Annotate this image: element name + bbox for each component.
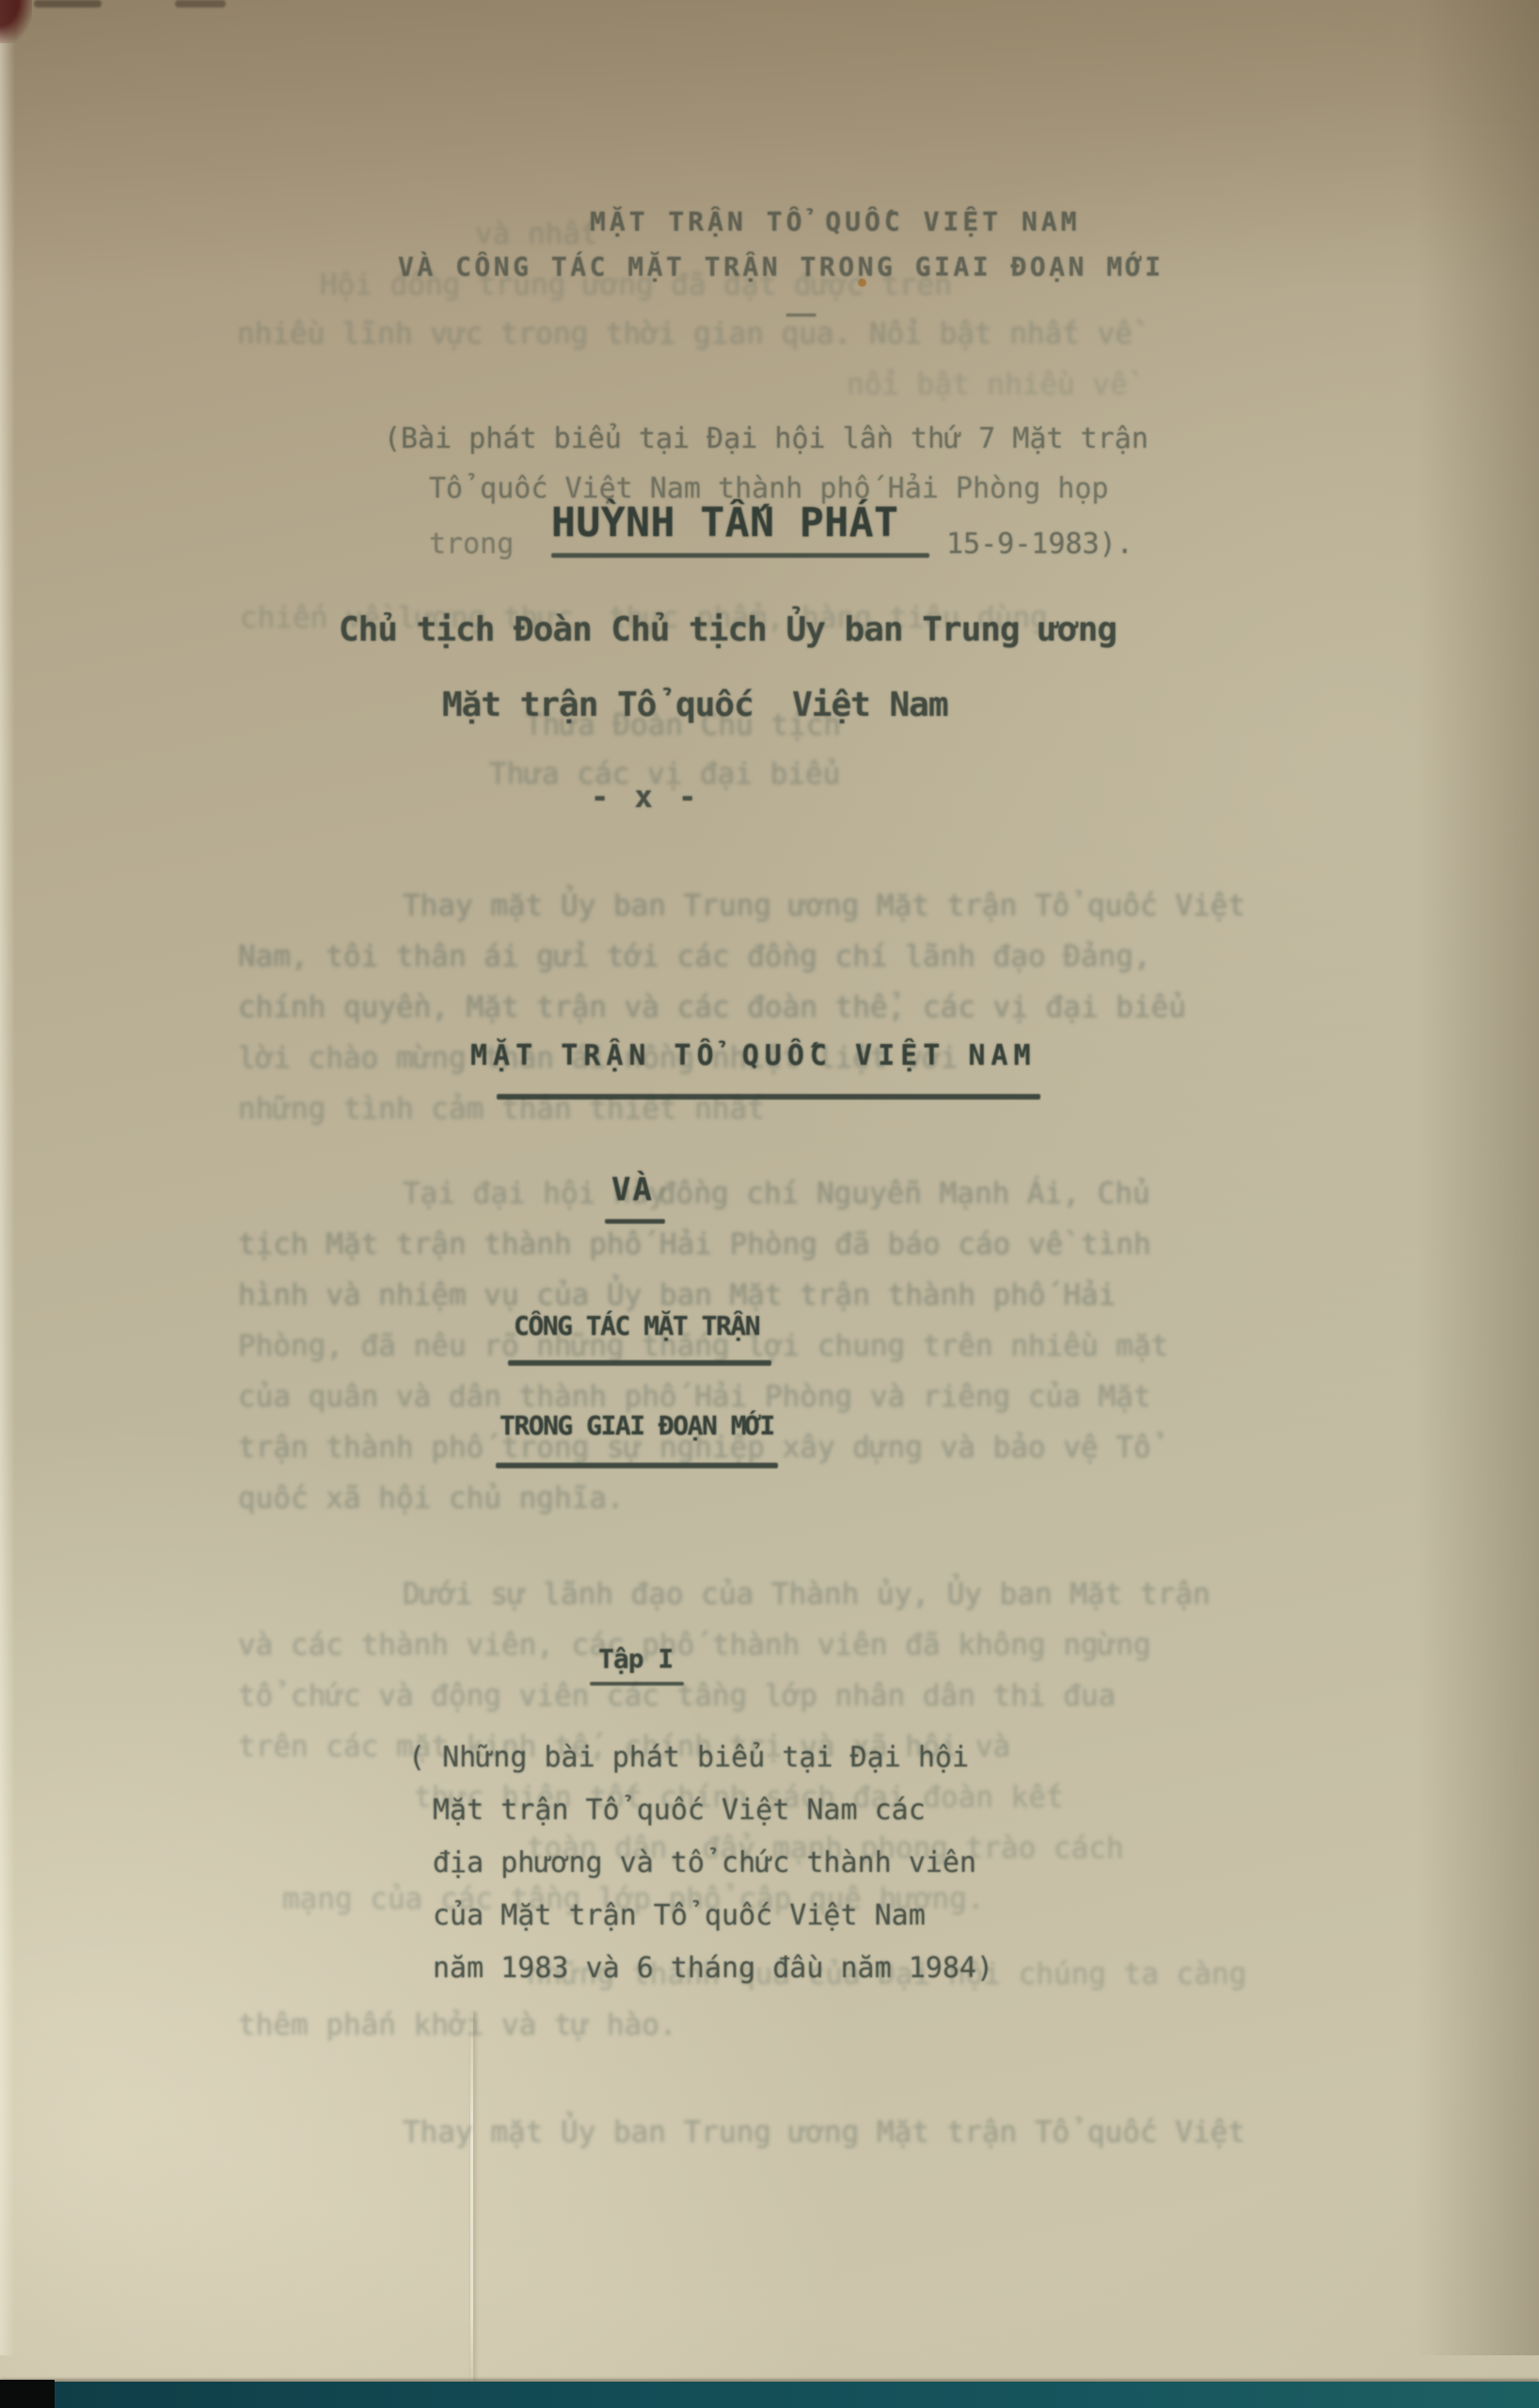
ghost-line-19: quốc xã hội chủ nghĩa. [238, 1482, 625, 1515]
heading-2: VÀ [611, 1172, 654, 1208]
ghost-line-13: đồng chí Nguyễn Mạnh Ái, Chủ [658, 1178, 1150, 1211]
note-line-3a: trong [429, 529, 514, 561]
ghost-line-3: nổi bật nhiều về [847, 369, 1128, 402]
scanned-document-page: và nhấtHội đồng trung ương đã đạt được t… [0, 0, 1539, 2408]
volume-note-2: Mặt trận Tổ quốc Việt Nam các [433, 1795, 926, 1827]
paper-sheet: và nhấtHội đồng trung ương đã đạt được t… [0, 0, 1539, 2382]
role-line-1: Chủ tịch Đoàn Chủ tịch Ủy ban Trung ương [339, 611, 1117, 649]
volume-note-3: địa phương và tổ chức thành viên [433, 1847, 976, 1879]
ghost-line-15: hình và nhiệm vụ của Ủy ban Mặt trận thà… [238, 1279, 1116, 1312]
scanner-corner-black [0, 2380, 55, 2408]
volume-note-4: của Mặt trận Tổ quốc Việt Nam [433, 1900, 926, 1932]
top-edge-streak [175, 0, 226, 8]
top-edge-streak [34, 0, 102, 8]
ghost-line-2: nhiều lĩnh vực trong thời gian qua. Nổi … [237, 318, 1133, 351]
ghost-line-29: Thay mặt Ủy ban Trung ương Mặt trận Tổ q… [403, 2116, 1245, 2149]
heading-4-underline [496, 1463, 778, 1468]
separator: - x - [591, 781, 700, 815]
heading-1: MẶT TRẬN TỔ QUỐC VIỆT NAM [470, 1040, 1037, 1072]
corner-red-mark [0, 0, 32, 43]
ghost-line-28: thêm phấn khởi và tự hào. [238, 2009, 677, 2042]
title-line-2: VÀ CÔNG TÁC MẶT TRẬN TRONG GIAI ĐOẠN MỚI [398, 252, 1164, 281]
heading-3: CÔNG TÁC MẶT TRẬN [514, 1311, 759, 1340]
title-line-1: MẶT TRẬN TỔ QUỐC VIỆT NAM [590, 207, 1080, 236]
note-line-1: (Bài phát biểu tại Đại hội lần thứ 7 Mặt… [384, 423, 1149, 455]
ghost-line-14: tịch Mặt trận thành phố Hải Phòng đã báo… [238, 1228, 1151, 1261]
ghost-line-7: Thay mặt Ủy ban Trung ương Mặt trận Tổ q… [403, 890, 1245, 923]
volume-label: Tập I [598, 1644, 673, 1673]
note-line-3b: 15-9-1983). [946, 529, 1134, 561]
paper-crease-line [470, 2013, 473, 2382]
heading-3-underline [508, 1360, 771, 1366]
volume-note-5: năm 1983 và 6 tháng đầu năm 1984) [433, 1953, 993, 1985]
ghost-line-0: và nhất [475, 218, 598, 251]
role-line-2: Mặt trận Tổ quốc Việt Nam [442, 687, 948, 724]
heading-2-underline [605, 1219, 665, 1224]
heading-1-underline [497, 1094, 1040, 1100]
heading-4: TRONG GIAI ĐOẠN MỚI [500, 1411, 774, 1440]
ghost-line-20: Dưới sự lãnh đạo của Thành ủy, Ủy ban Mặ… [403, 1578, 1211, 1611]
ghost-line-21: và các thành viên, các phố thành viên đã… [238, 1629, 1151, 1662]
scanner-background-strip [0, 2382, 1539, 2408]
ghost-line-8: Nam, tôi thân ái gửi tới các đồng chí lã… [238, 941, 1151, 974]
title-rule-mark: —— [786, 301, 816, 328]
volume-underline [590, 1682, 684, 1686]
ghost-line-9: chính quyền, Mặt trận và các đoàn thể, c… [238, 991, 1186, 1024]
author-underline [551, 553, 929, 558]
volume-note-1: ( Những bài phát biểu tại Đại hội [408, 1742, 969, 1774]
ghost-line-17: của quân và dân thành phố Hải Phòng và r… [238, 1381, 1151, 1414]
author-name: HUỲNH TẤN PHÁT [551, 500, 898, 546]
